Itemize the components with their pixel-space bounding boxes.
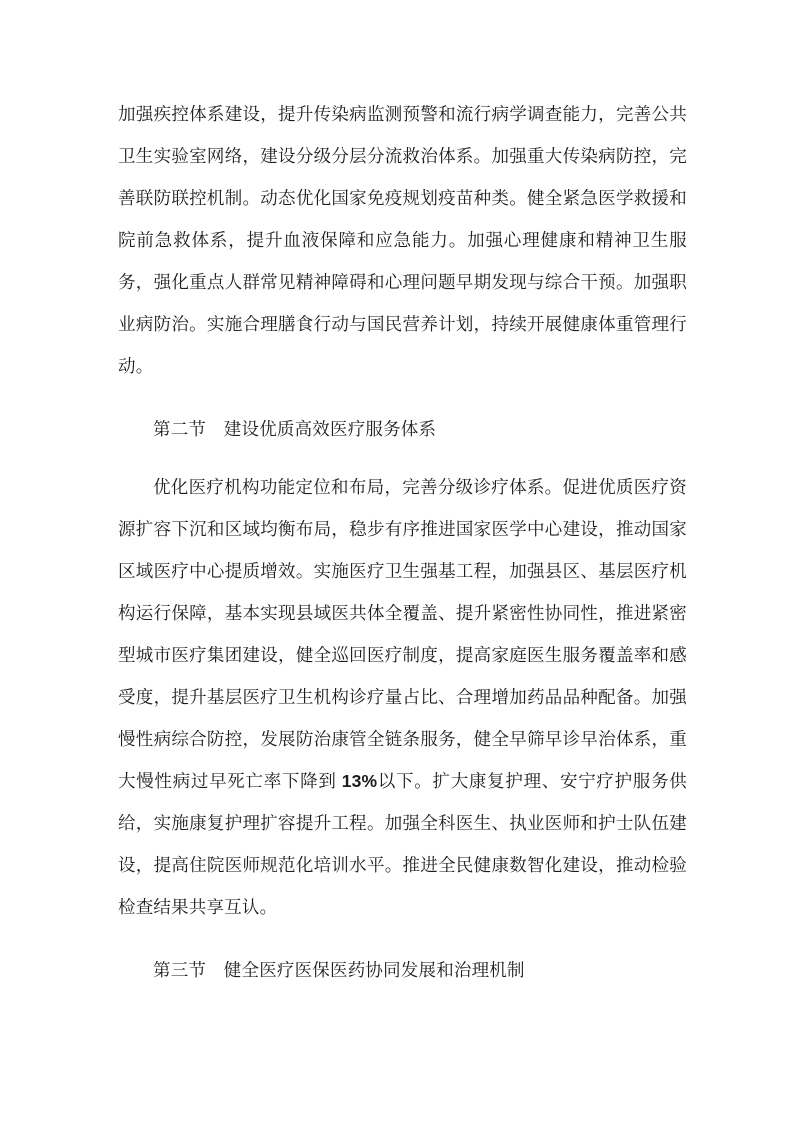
paragraph-medical-services: 优化医疗机构功能定位和布局，完善分级诊疗体系。促进优质医疗资源扩容下沉和区域均衡… — [118, 466, 687, 928]
paragraph-disease-control: 加强疾控体系建设，提升传染病监测预警和流行病学调查能力，完善公共卫生实验室网络，… — [118, 93, 687, 387]
paragraph-medical-services-text-before: 优化医疗机构功能定位和布局，完善分级诊疗体系。促进优质医疗资源扩容下沉和区域均衡… — [118, 477, 687, 791]
section-heading-2: 第二节 建设优质高效医疗服务体系 — [118, 408, 687, 450]
section-heading-3: 第三节 健全医疗医保医药协同发展和治理机制 — [118, 949, 687, 991]
statistic-premature-mortality: 13% — [342, 771, 378, 791]
document-page: 加强疾控体系建设，提升传染病监测预警和流行病学调查能力，完善公共卫生实验室网络，… — [0, 0, 793, 1122]
paragraph-medical-services-text-after: 以下。扩大康复护理、安宁疗护服务供给，实施康复护理扩容提升工程。加强全科医生、执… — [118, 771, 687, 917]
